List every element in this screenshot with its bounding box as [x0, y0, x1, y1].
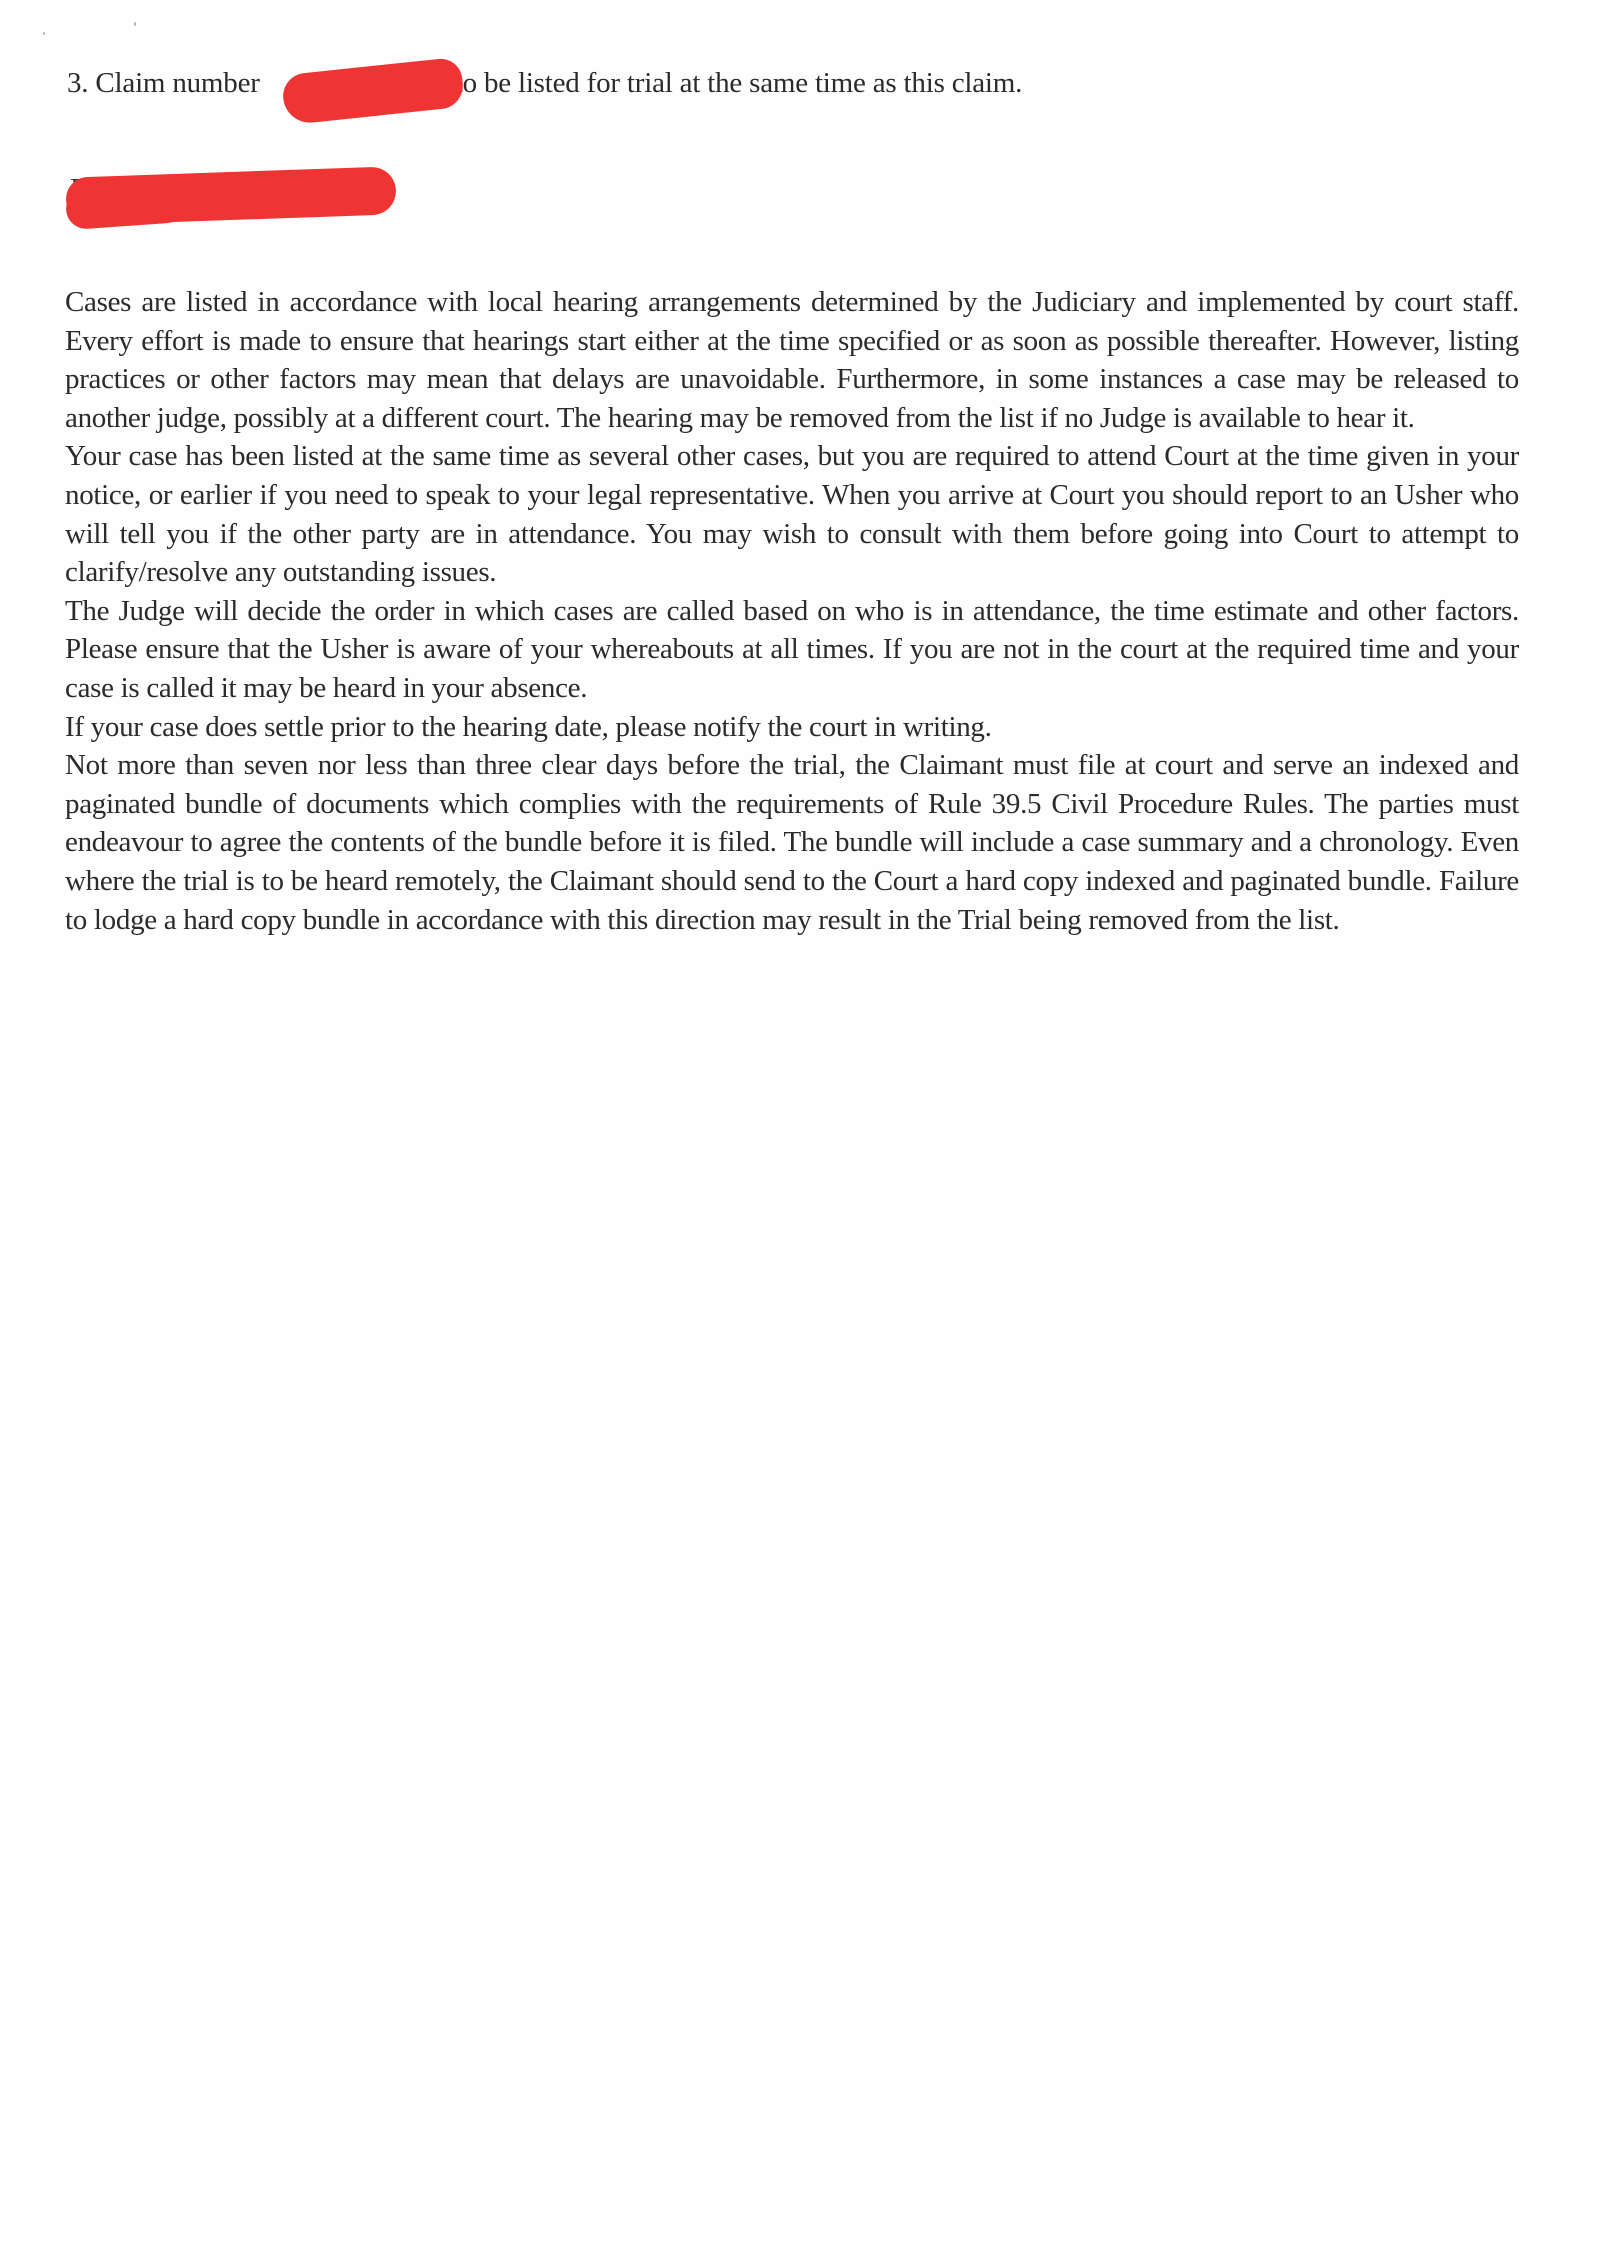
paragraph-settlement: If your case does settle prior to the he…: [65, 708, 1519, 747]
notice-body: Cases are listed in accordance with loca…: [65, 283, 1519, 939]
paragraph-order-of-cases: The Judge will decide the order in which…: [65, 592, 1519, 708]
claim-line-suffix: to be listed for trial at the same time …: [455, 67, 1022, 99]
redaction-mark-line: [65, 182, 187, 230]
claim-number-line: 3. Claim numberto be listed for trial at…: [67, 64, 1022, 102]
claim-line-prefix: 3. Claim number: [67, 67, 260, 99]
paragraph-attendance: Your case has been listed at the same ti…: [65, 437, 1519, 591]
document-page: 3. Claim numberto be listed for trial at…: [0, 0, 1600, 2261]
scan-speck: [134, 22, 136, 26]
scan-speck: [43, 32, 45, 35]
paragraph-listing-arrangements: Cases are listed in accordance with loca…: [65, 283, 1519, 437]
paragraph-trial-bundle: Not more than seven nor less than three …: [65, 746, 1519, 939]
